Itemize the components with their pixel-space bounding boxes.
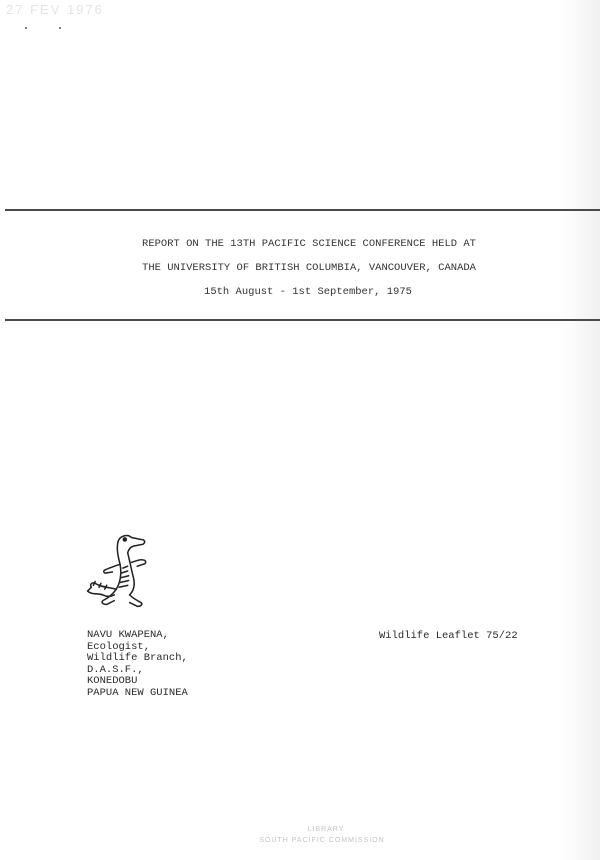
speck xyxy=(59,27,61,29)
author-name: NAVU KWAPENA, xyxy=(87,630,188,642)
library-stamp-line-1: LIBRARY xyxy=(0,824,600,835)
library-stamp: LIBRARY SOUTH PACIFIC COMMISSION xyxy=(0,824,600,846)
date-received-stamp: 27 FEV 1976 xyxy=(6,2,104,17)
series-number: Wildlife Leaflet 75/22 xyxy=(379,630,518,642)
conference-dates: 15th August - 1st September, 1975 xyxy=(0,280,600,304)
report-title: REPORT ON THE 13TH PACIFIC SCIENCE CONFE… xyxy=(0,232,600,304)
bottom-rule xyxy=(5,319,600,321)
title-line-1: REPORT ON THE 13TH PACIFIC SCIENCE CONFE… xyxy=(0,232,600,256)
page-edge-shading xyxy=(560,0,600,860)
author-branch: Wildlife Branch, xyxy=(87,653,188,665)
top-rule xyxy=(5,209,600,211)
author-country: PAPUA NEW GUINEA xyxy=(87,688,188,700)
crocodile-icon xyxy=(78,528,164,614)
author-city: KONEDOBU xyxy=(87,676,188,688)
speck xyxy=(25,27,27,29)
author-block: NAVU KWAPENA, Ecologist, Wildlife Branch… xyxy=(87,630,188,699)
library-stamp-line-2: SOUTH PACIFIC COMMISSION xyxy=(0,835,600,846)
title-line-2: THE UNIVERSITY OF BRITISH COLUMBIA, VANC… xyxy=(0,256,600,280)
